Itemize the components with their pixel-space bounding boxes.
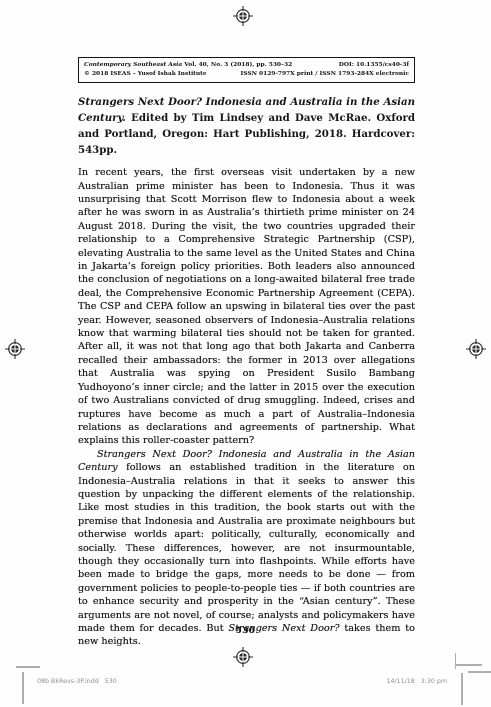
review-body: In recent years, the first overseas visi… <box>78 166 415 649</box>
registration-target-icon <box>233 647 253 667</box>
review-paragraph-1: In recent years, the first overseas visi… <box>78 166 415 448</box>
footer-timestamp: 14/11/18 3:30 pm <box>386 678 447 685</box>
page-number: 530 <box>0 626 491 636</box>
crop-mark-line <box>22 672 24 704</box>
doi-text: DOI: 10.1355/cs40-3f <box>339 61 409 70</box>
paragraph-2-text: follows an established tradition in the … <box>78 462 415 634</box>
journal-header-row-2: © 2018 ISEAS – Yusof Ishak Institute ISS… <box>84 70 409 79</box>
journal-volume-info: Vol. 40, No. 3 (2018), pp. 530–32 <box>182 61 292 68</box>
registration-target-icon <box>5 339 25 359</box>
issn-text: ISSN 0129-797X print / ISSN 1793-284X el… <box>240 70 409 79</box>
registration-target-icon <box>233 6 253 26</box>
journal-name: Contemporary Southeast Asia <box>84 61 182 68</box>
page-content-column: Contemporary Southeast Asia Vol. 40, No.… <box>78 57 415 649</box>
journal-header-row-1: Contemporary Southeast Asia Vol. 40, No.… <box>84 61 409 70</box>
journal-citation: Contemporary Southeast Asia Vol. 40, No.… <box>84 61 292 70</box>
book-heading: Strangers Next Door? Indonesia and Austr… <box>78 94 415 158</box>
crop-mark-line <box>456 664 482 666</box>
registration-target-icon <box>466 339 486 359</box>
footer-file-info: 08b BkRevs-3P.indd 530 <box>37 678 117 685</box>
review-paragraph-2: Strangers Next Door? Indonesia and Austr… <box>78 448 415 649</box>
crop-mark-line <box>461 673 463 705</box>
crop-mark-line <box>468 671 491 673</box>
copyright-text: © 2018 ISEAS – Yusof Ishak Institute <box>84 70 207 79</box>
crop-mark-line <box>455 653 456 669</box>
journal-header-box: Contemporary Southeast Asia Vol. 40, No.… <box>78 57 415 83</box>
book-publication-details: Edited by Tim Lindsey and Dave McRae. Ox… <box>78 112 415 156</box>
crop-mark-line <box>16 666 40 668</box>
journal-proof-page: Contemporary Southeast Asia Vol. 40, No.… <box>0 0 491 707</box>
